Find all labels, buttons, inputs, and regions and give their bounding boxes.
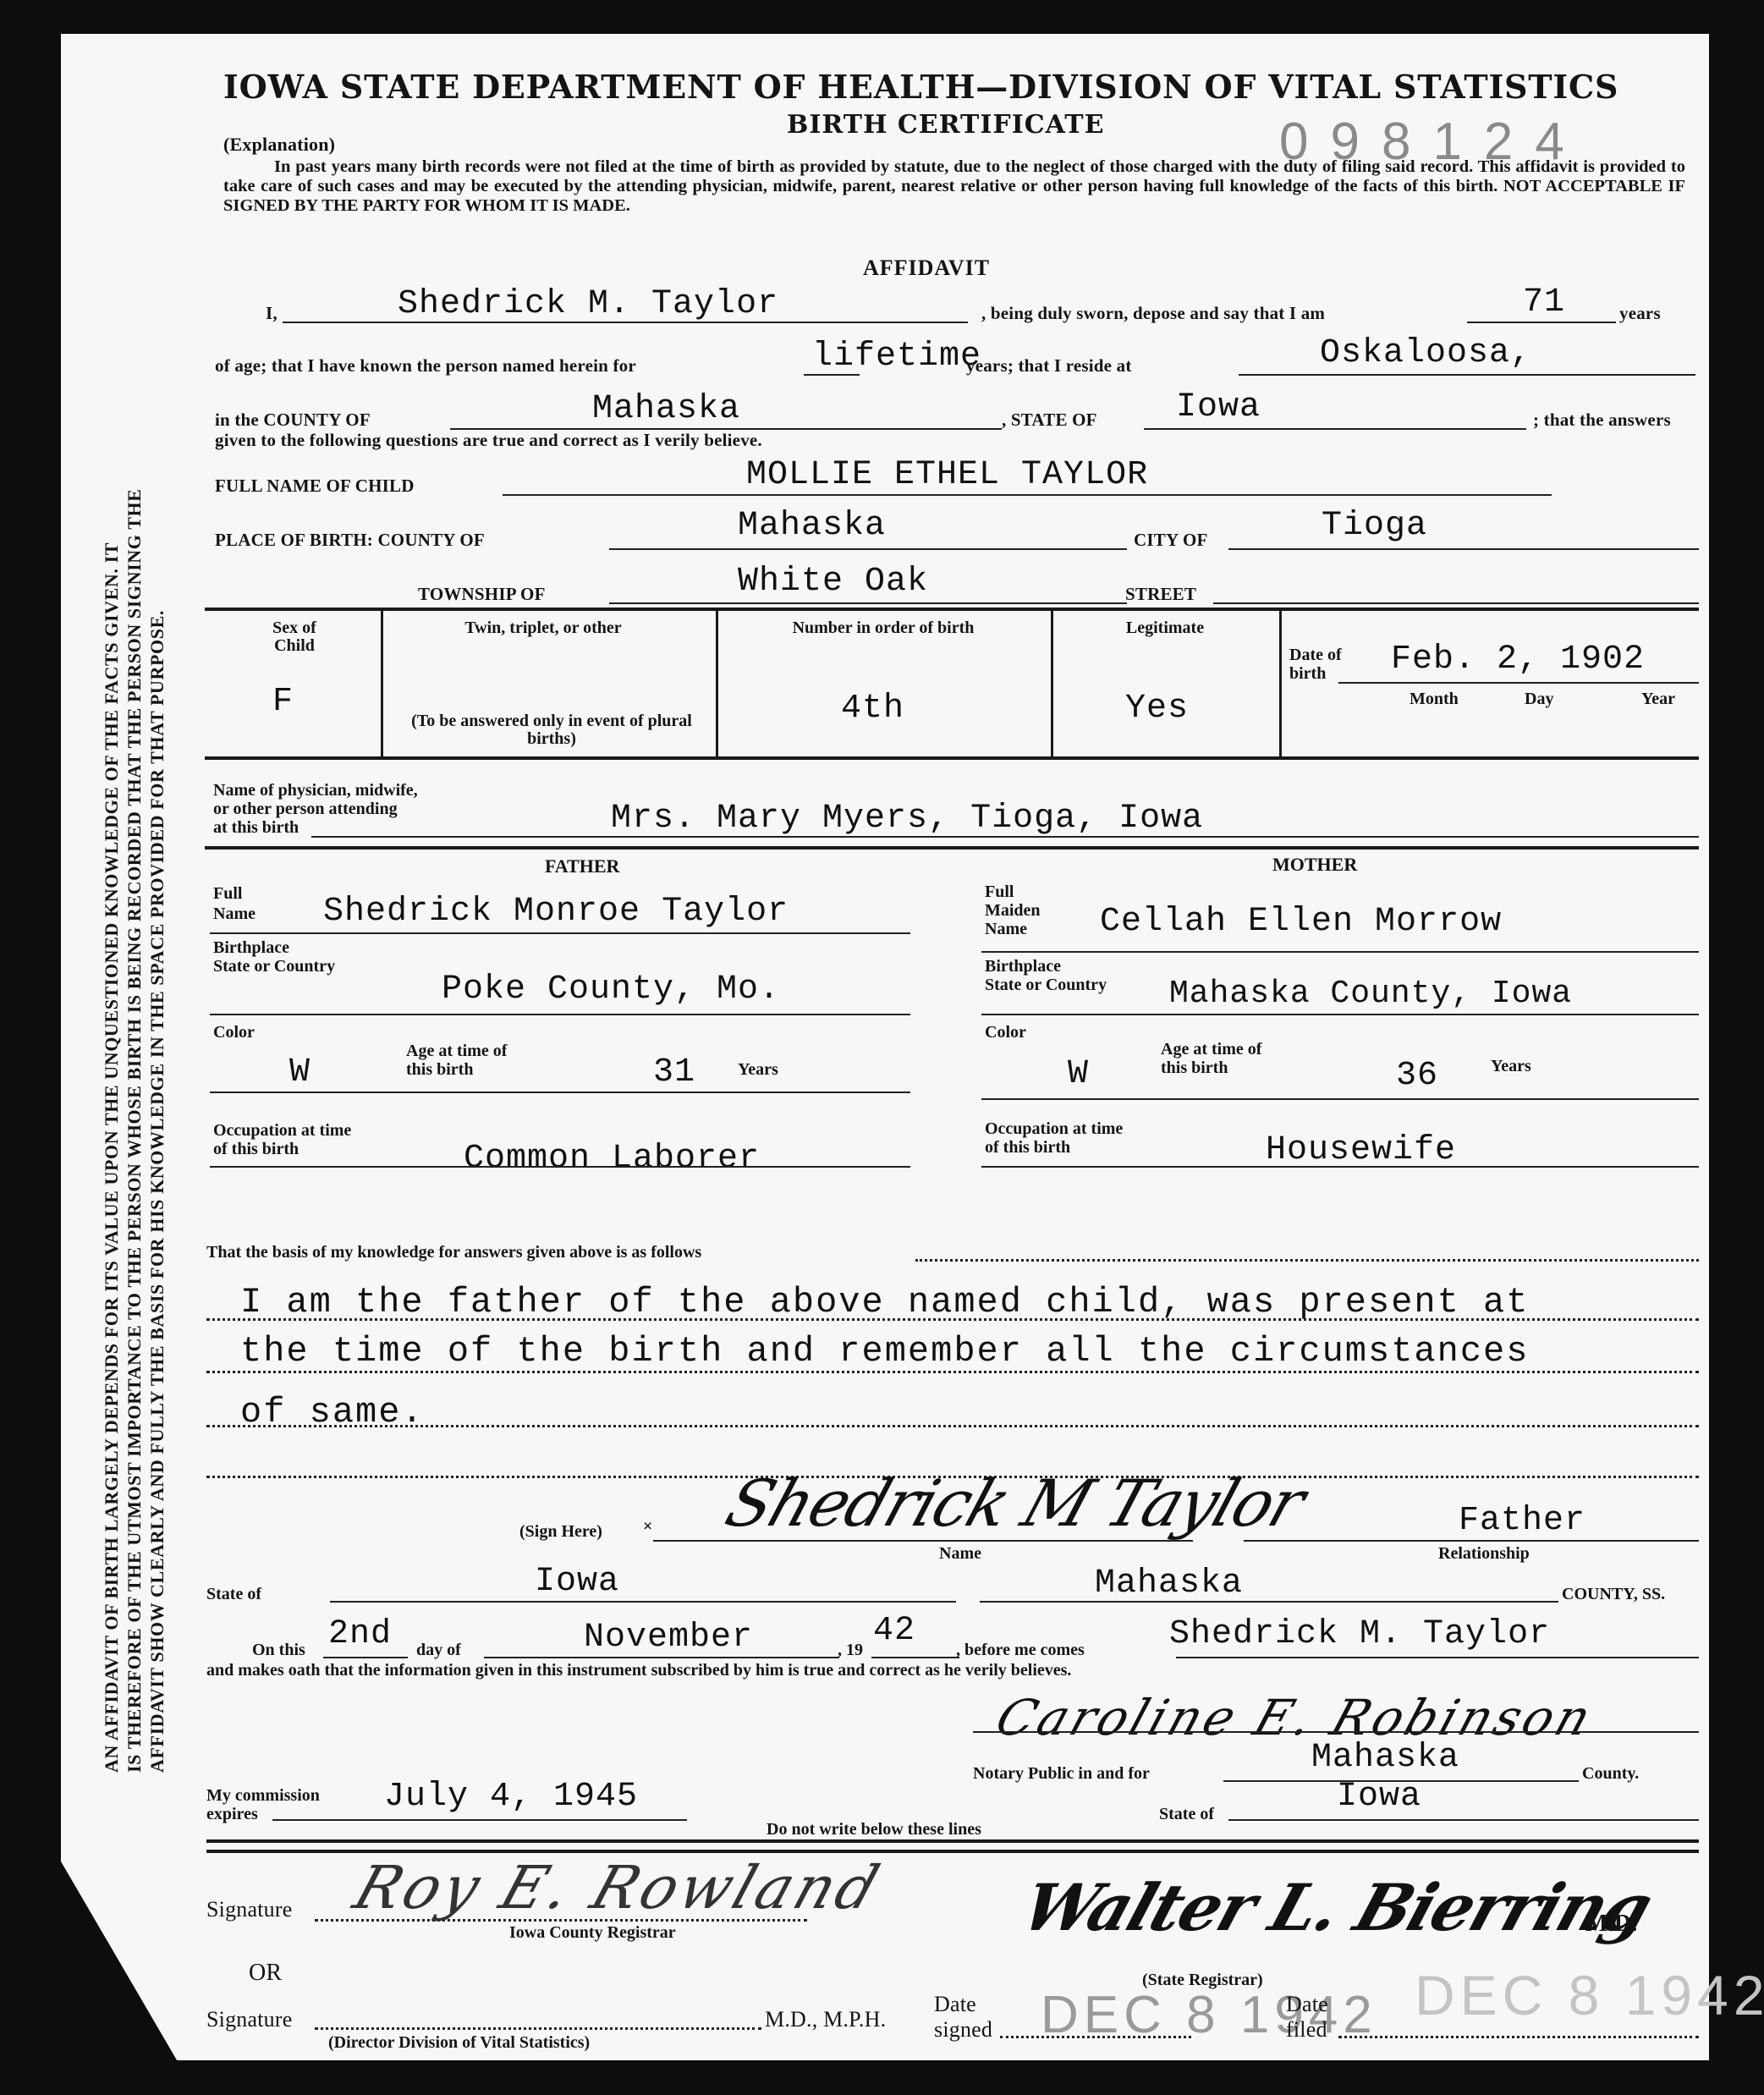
before-me-label: , before me comes [956, 1641, 1085, 1659]
side-notice-line-2: IS THEREFORE OF THE UTMOST IMPORTANCE TO… [123, 489, 146, 1773]
jurat-county-field[interactable]: Mahaska [1095, 1567, 1243, 1601]
basis-line-2[interactable]: the time of the birth and remember all t… [240, 1333, 1529, 1369]
dob-label-1: Date of [1289, 646, 1342, 664]
label-answers: ; that the answers [1533, 411, 1671, 429]
year-field[interactable]: 42 [873, 1614, 915, 1648]
label-county: in the COUNTY OF [215, 411, 371, 429]
date-filed-stamp: DEC 8 1942 [1415, 1963, 1764, 2027]
birth-county-field[interactable]: Mahaska [738, 509, 886, 543]
father-age-field[interactable]: 31 [653, 1056, 695, 1090]
director-label: (Director Division of Vital Statistics) [328, 2034, 590, 2052]
notary-state-line [1228, 1819, 1699, 1821]
label-known: of age; that I have known the person nam… [215, 357, 636, 375]
father-label-name: Name [213, 905, 256, 923]
street-field-line [1213, 602, 1699, 604]
mother-label-years: Years [1491, 1058, 1531, 1075]
mother-label-full: Full [985, 883, 1014, 901]
state-registrar-signature[interactable]: Walter L. Bierring [1014, 1870, 1661, 1945]
attendant-field[interactable]: Mrs. Mary Myers, Tioga, Iowa [611, 802, 1203, 836]
father-occupation-line [210, 1166, 910, 1168]
father-label-age-2: this birth [406, 1061, 473, 1079]
father-age-line [210, 1091, 910, 1093]
mother-label-birthplace: Birthplace [985, 958, 1061, 976]
affiant-age-field-line [1467, 322, 1616, 323]
binder-hole [34, 1269, 59, 1354]
mother-label-name: Name [985, 921, 1027, 938]
commission-label-1: My commission [206, 1787, 320, 1805]
month-field[interactable]: November [584, 1621, 753, 1655]
notary-state-label: State of [1159, 1806, 1214, 1823]
mother-color-field[interactable]: W [1068, 1058, 1089, 1091]
on-this-label: On this [252, 1641, 305, 1659]
notary-signature-line [973, 1731, 1699, 1733]
side-notice-line-3: AFFIDAVIT SHOW CLEARLY AND FULLY THE BAS… [146, 489, 168, 1773]
explanation-text: In past years many birth records were no… [223, 157, 1685, 216]
father-name-line [210, 932, 910, 934]
jurat-state-label: State of [206, 1586, 261, 1603]
side-notice-line-1: AN AFFIDAVIT OF BIRTH LARGELY DEPENDS FO… [100, 489, 123, 1773]
commission-line [272, 1819, 687, 1821]
page-title: IOWA STATE DEPARTMENT OF HEALTH—DIVISION… [223, 68, 1618, 106]
father-label-occ-2: of this birth [213, 1141, 299, 1158]
state-field[interactable]: Iowa [1176, 391, 1261, 425]
page-subtitle: BIRTH CERTIFICATE [787, 110, 1104, 140]
mother-occupation-field[interactable]: Housewife [1266, 1134, 1456, 1168]
date-filed-line [1338, 2036, 1699, 2038]
label-years: years [1619, 305, 1661, 322]
legitimate-label: Legitimate [1102, 619, 1228, 637]
father-heading: FATHER [545, 856, 619, 876]
date-signed-label-2: signed [934, 2019, 992, 2041]
attendant-rule [205, 846, 1699, 850]
father-color-field[interactable]: W [289, 1056, 310, 1090]
md-mph-label: M.D., M.P.H. [765, 2009, 886, 2031]
birth-city-field[interactable]: Tioga [1322, 509, 1427, 543]
table-divider [1279, 611, 1282, 756]
table-divider [716, 611, 718, 756]
label-sworn: , being duly sworn, depose and say that … [981, 305, 1325, 322]
child-name-field[interactable]: MOLLIE ETHEL TAYLOR [746, 459, 1148, 492]
county-registrar-label: Iowa County Registrar [509, 1924, 676, 1942]
legitimate-field[interactable]: Yes [1125, 692, 1189, 726]
notary-signature[interactable]: Caroline E. Robinson [989, 1689, 1602, 1746]
county-field[interactable]: Mahaska [592, 393, 740, 426]
mother-birthplace-line [981, 1014, 1699, 1015]
affiant-signature[interactable]: Shedrick M Taylor [717, 1465, 1313, 1541]
basis-line-1[interactable]: I am the father of the above named child… [240, 1284, 1529, 1320]
day-field[interactable]: 2nd [328, 1618, 392, 1652]
known-duration-field[interactable]: lifetime [812, 340, 981, 374]
mother-age-line [981, 1098, 1699, 1100]
label-city: CITY OF [1134, 531, 1208, 549]
table-bottom-rule [205, 756, 1699, 760]
label-township: TOWNSHIP OF [418, 586, 546, 603]
notary-county-label: County. [1582, 1765, 1639, 1783]
father-label-occ-1: Occupation at time [213, 1122, 351, 1140]
label-street: STREET [1125, 586, 1196, 603]
birth-order-field[interactable]: 4th [841, 692, 904, 726]
commission-label-2: expires [206, 1806, 258, 1823]
father-label-age-1: Age at time of [406, 1042, 507, 1060]
mother-occupation-line [981, 1166, 1699, 1168]
attendant-label-2: or other person attending [213, 800, 398, 818]
notary-public-label: Notary Public in and for [973, 1765, 1150, 1783]
date-filed-label-2: filed [1286, 2019, 1327, 2041]
notary-state-field[interactable]: Iowa [1337, 1780, 1421, 1814]
jurat-county-line [980, 1601, 1558, 1603]
appearer-line [1176, 1657, 1699, 1658]
label-known-years: years; that I reside at [966, 357, 1132, 375]
label-child-name: FULL NAME OF CHILD [215, 477, 415, 495]
appearer-field[interactable]: Shedrick M. Taylor [1169, 1618, 1550, 1652]
year-line [871, 1657, 959, 1658]
signature-2-label: Signature [206, 2009, 292, 2031]
county-ss-label: COUNTY, SS. [1562, 1586, 1665, 1603]
mother-label-age-2: this birth [1161, 1059, 1228, 1077]
day-line [323, 1657, 408, 1658]
label-true: given to the following questions are tru… [215, 432, 762, 449]
date-filed-label-1: Date [1286, 1993, 1328, 2015]
father-name-field[interactable]: Shedrick Monroe Taylor [323, 895, 789, 929]
birth-city-field-line [1228, 548, 1699, 550]
dob-label-2: birth [1289, 665, 1326, 683]
dob-year-label: Year [1641, 690, 1675, 708]
birth-county-field-line [609, 548, 1127, 550]
or-label: OR [249, 1961, 282, 1985]
father-label-color: Color [213, 1024, 255, 1042]
relationship-label: Relationship [1438, 1545, 1530, 1563]
registrar-rule-1 [206, 1839, 1699, 1843]
birth-certificate-page: AN AFFIDAVIT OF BIRTH LARGELY DEPENDS FO… [61, 34, 1709, 2060]
label-i: I, [266, 305, 278, 322]
township-field-line [609, 602, 1127, 604]
residence-field[interactable]: Oskaloosa, [1320, 337, 1531, 371]
do-not-write-label: Do not write below these lines [767, 1821, 981, 1839]
side-notice: AN AFFIDAVIT OF BIRTH LARGELY DEPENDS FO… [100, 489, 168, 1773]
mother-name-line [981, 951, 1699, 953]
commission-field[interactable]: July 4, 1945 [384, 1780, 638, 1814]
table-top-rule [205, 608, 1699, 611]
mother-label-occ-1: Occupation at time [985, 1120, 1123, 1138]
father-occupation-field[interactable]: Common Laborer [464, 1142, 760, 1176]
mother-age-field[interactable]: 36 [1396, 1059, 1438, 1093]
basis-label: That the basis of my knowledge for answe… [206, 1244, 701, 1262]
basis-line-1-rule [206, 1318, 1699, 1321]
label-place-county: PLACE OF BIRTH: COUNTY OF [215, 531, 485, 549]
attendant-label-1: Name of physician, midwife, [213, 782, 418, 800]
month-line [484, 1657, 839, 1658]
mother-label-color: Color [985, 1024, 1026, 1042]
jurat-state-field[interactable]: Iowa [535, 1565, 619, 1599]
residence-field-line [1239, 374, 1695, 376]
basis-label-line [915, 1259, 1699, 1262]
signature-label: Signature [206, 1899, 292, 1921]
affiant-age-field[interactable]: 71 [1523, 286, 1565, 320]
father-birthplace-line [210, 1014, 910, 1015]
explanation-label: (Explanation) [223, 135, 335, 154]
plural-note: (To be answered only in event of plural … [408, 712, 695, 748]
basis-line-2-rule [206, 1371, 1699, 1373]
mother-label-occ-2: of this birth [985, 1139, 1070, 1157]
plural-label: Twin, triplet, or other [459, 619, 628, 637]
father-label-birthplace: Birthplace [213, 939, 289, 957]
mother-name-field[interactable]: Cellah Ellen Morrow [1100, 905, 1502, 939]
director-line [315, 2027, 761, 2030]
child-name-field-line [503, 494, 1552, 496]
dob-day-label: Day [1525, 690, 1553, 708]
mother-birthplace-field[interactable]: Mahaska County, Iowa [1169, 978, 1572, 1010]
sex-field[interactable]: F [272, 685, 294, 719]
day-of-label: day of [416, 1641, 461, 1659]
sex-label: Sex of Child [252, 619, 337, 655]
relationship-field[interactable]: Father [1459, 1504, 1585, 1538]
year-19-label: , 19 [838, 1641, 863, 1659]
signature-name-label: Name [939, 1545, 981, 1563]
table-divider [1051, 611, 1053, 756]
father-label-full: Full [213, 885, 242, 903]
sign-here-label: (Sign Here) [519, 1523, 602, 1541]
township-field[interactable]: White Oak [738, 565, 928, 599]
jurat-state-line [330, 1601, 956, 1603]
attendant-label-3: at this birth [213, 819, 299, 837]
father-label-years: Years [738, 1061, 778, 1079]
oath-text: and makes oath that the information give… [206, 1662, 1071, 1680]
mother-heading: MOTHER [1272, 855, 1357, 874]
table-divider [381, 611, 383, 756]
mother-label-state-country: State or Country [985, 976, 1107, 994]
relationship-line [1244, 1540, 1699, 1542]
father-birthplace-field[interactable]: Poke County, Mo. [442, 973, 780, 1007]
father-label-state-country: State or Country [213, 958, 335, 976]
mother-label-age-1: Age at time of [1161, 1041, 1261, 1058]
x-mark: × [643, 1518, 652, 1536]
md-label: M.D. [1585, 1912, 1637, 1936]
basis-line-3-rule [206, 1425, 1699, 1427]
label-state: , STATE OF [1002, 411, 1097, 429]
birth-order-label: Number in order of birth [790, 619, 976, 637]
dob-field[interactable]: Feb. 2, 1902 [1391, 643, 1645, 677]
torn-corner [61, 1861, 179, 2065]
date-signed-label-1: Date [934, 1993, 976, 2015]
affiant-name-field[interactable]: Shedrick M. Taylor [398, 288, 778, 322]
county-registrar-signature[interactable]: Roy E. Rowland [346, 1853, 891, 1922]
affidavit-title: AFFIDAVIT [863, 257, 990, 279]
dob-field-line [1338, 682, 1699, 684]
state-field-line [1144, 428, 1526, 430]
notary-county-field[interactable]: Mahaska [1311, 1741, 1459, 1775]
mother-label-maiden: Maiden [985, 902, 1041, 920]
dob-month-label: Month [1410, 690, 1459, 708]
